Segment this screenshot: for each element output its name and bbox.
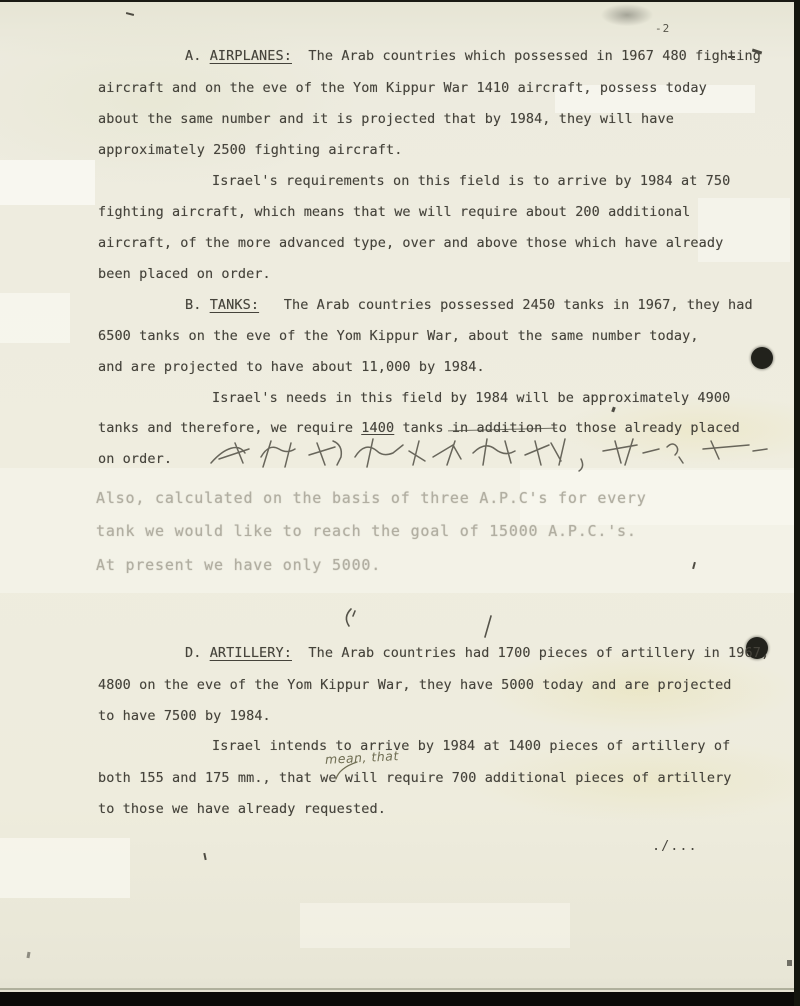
section-b-label: B.	[185, 297, 210, 313]
stray-mark	[611, 407, 616, 413]
stray-pen-mark	[482, 614, 494, 640]
doc-line: been placed on order.	[98, 266, 271, 282]
doc-line: and are projected to have about 11,000 b…	[98, 359, 485, 375]
scan-artifact	[698, 198, 790, 262]
scan-edge-shadow	[0, 988, 800, 990]
doc-line: both 155 and 175 mm., that we will requi…	[98, 770, 732, 786]
stray-mark	[787, 960, 792, 966]
section-d-heading-line: D. ARTILLERY: The Arab countries had 170…	[185, 645, 769, 661]
scan-edge-bottom	[0, 992, 800, 1006]
doc-line: approximately 2500 fighting aircraft.	[98, 142, 402, 158]
section-d-heading: ARTILLERY:	[210, 645, 292, 661]
doc-line: 6500 tanks on the eve of the Yom Kippur …	[98, 328, 699, 344]
continuation-mark: ./...	[652, 838, 698, 854]
section-a-heading-line: A. AIRPLANES: The Arab countries which p…	[185, 48, 761, 64]
page-number: -2	[655, 22, 670, 35]
faded-line: Also, calculated on the basis of three A…	[96, 489, 647, 507]
faded-line: At present we have only 5000.	[96, 556, 381, 574]
doc-line: Israel's needs in this field by 1984 wil…	[212, 390, 730, 406]
scan-artifact	[300, 903, 570, 948]
scan-artifact	[0, 838, 130, 898]
section-d-label: D.	[185, 645, 210, 661]
doc-line: Israel intends to arrive by 1984 at 1400…	[212, 738, 730, 754]
stray-mark	[126, 12, 134, 16]
doc-line: aircraft, of the more advanced type, ove…	[98, 235, 723, 251]
hole-punch	[751, 347, 773, 369]
stray-mark	[27, 952, 31, 958]
section-d-first-line: The Arab countries had 1700 pieces of ar…	[292, 645, 769, 661]
faded-line: tank we would like to reach the goal of …	[96, 522, 637, 540]
stray-mark	[203, 853, 206, 860]
stray-mark	[728, 56, 735, 58]
section-b-first-line: The Arab countries possessed 2450 tanks …	[259, 297, 753, 313]
section-b-heading: TANKS:	[210, 297, 259, 313]
section-a-label: A.	[185, 48, 210, 64]
doc-line: to have 7500 by 1984.	[98, 708, 271, 724]
ink-smudge	[592, 0, 662, 30]
scan-edge-right	[794, 0, 800, 1006]
doc-line: to those we have already requested.	[98, 801, 386, 817]
stray-mark	[692, 562, 696, 569]
scan-artifact	[0, 160, 95, 205]
section-a-heading: AIRPLANES:	[210, 48, 292, 64]
doc-line: on order.	[98, 451, 172, 467]
handwritten-scribble	[205, 429, 770, 475]
stray-pen-mark	[340, 606, 358, 630]
doc-line: 4800 on the eve of the Yom Kippur War, t…	[98, 677, 732, 693]
doc-line: aircraft and on the eve of the Yom Kippu…	[98, 80, 707, 96]
section-a-first-line: The Arab countries which possessed in 19…	[292, 48, 761, 64]
scan-edge-top	[0, 0, 800, 2]
scanned-page: -2 A. AIRPLANES: The Arab countries whic…	[0, 0, 800, 1006]
doc-line: about the same number and it is projecte…	[98, 111, 674, 127]
scan-artifact	[0, 293, 70, 343]
doc-line: fighting aircraft, which means that we w…	[98, 204, 690, 220]
section-b-heading-line: B. TANKS: The Arab countries possessed 2…	[185, 297, 753, 313]
doc-line: Israel's requirements on this field is t…	[212, 173, 730, 189]
